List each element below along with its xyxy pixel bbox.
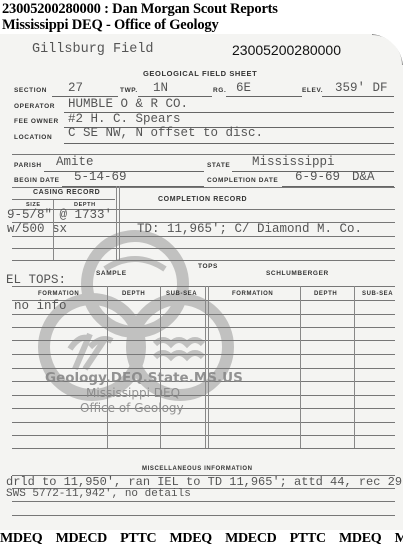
elev-label: ELEV. bbox=[302, 87, 323, 94]
el-tops-label: EL TOPS: bbox=[6, 273, 66, 287]
footer-item: MDEQ bbox=[170, 531, 212, 546]
footer-item: PTTC bbox=[290, 531, 326, 546]
footer-item: MDEQ bbox=[339, 531, 381, 546]
tops-col-depth-2: DEPTH bbox=[314, 291, 337, 297]
scout-card: Gillsburg Field 23005200280000 GEOLOGICA… bbox=[0, 34, 403, 530]
schlumberger-label: SCHLUMBERGER bbox=[266, 270, 329, 277]
parish-value: Amite bbox=[56, 155, 94, 169]
section-label: SECTION bbox=[14, 87, 47, 94]
casing-line-1: 9-5/8" @ 1733' bbox=[7, 208, 112, 222]
tops-col-depth-1: DEPTH bbox=[122, 291, 145, 297]
location-label: LOCATION bbox=[14, 134, 52, 141]
api-number: 23005200280000 bbox=[232, 42, 341, 58]
tops-col-formation-2: FORMATION bbox=[232, 291, 273, 297]
report-title: 23005200280000 : Dan Morgan Scout Report… bbox=[2, 1, 278, 18]
twp-label: TWP. bbox=[120, 87, 138, 94]
misc-line-2: SWS 5772-11,942', no details bbox=[6, 488, 191, 500]
watermark-url: Geology.DEQ.State.MS.US bbox=[45, 370, 243, 386]
twp-value: 1N bbox=[153, 81, 168, 95]
report-subtitle: Mississippi DEQ - Office of Geology bbox=[2, 17, 219, 34]
location-value: C SE NW, N offset to disc. bbox=[68, 126, 263, 140]
watermark-agency: Mississippi DEQ bbox=[86, 386, 180, 400]
begin-date-label: BEGIN DATE bbox=[14, 177, 60, 184]
completion-date-label: COMPLETION DATE bbox=[207, 177, 278, 184]
footer-item: MDEQ bbox=[0, 531, 42, 546]
misc-title: MISCELLANEOUS INFORMATION bbox=[142, 466, 253, 472]
casing-record-title: CASING RECORD bbox=[33, 189, 100, 196]
footer-item: PTTC bbox=[120, 531, 156, 546]
status-value: D&A bbox=[352, 170, 375, 184]
fee-owner-value: #2 H. C. Spears bbox=[68, 112, 181, 126]
footer-item: MDECD bbox=[395, 531, 403, 546]
begin-date-value: 5-14-69 bbox=[74, 170, 127, 184]
tops-col-subsea-2: SUB-SEA bbox=[362, 291, 393, 297]
rg-value: 6E bbox=[236, 81, 251, 95]
operator-value: HUMBLE O & R CO. bbox=[68, 97, 188, 111]
operator-label: OPERATOR bbox=[14, 103, 55, 110]
section-value: 27 bbox=[68, 81, 83, 95]
tops-col-subsea-1: SUB-SEA bbox=[166, 291, 197, 297]
completion-record-text: TD: 11,965'; C/ Diamond M. Co. bbox=[137, 222, 362, 236]
field-name: Gillsburg Field bbox=[32, 42, 154, 57]
parish-label: PARISH bbox=[14, 162, 42, 169]
state-value: Mississippi bbox=[252, 155, 335, 169]
completion-record-title: COMPLETION RECORD bbox=[158, 196, 247, 203]
footer-item: MDECD bbox=[56, 531, 107, 546]
footer-banner: MDEQ MDECD PTTC MDEQ MDECD PTTC MDEQ MDE… bbox=[0, 531, 403, 547]
state-label: STATE bbox=[207, 162, 230, 169]
sheet-title: GEOLOGICAL FIELD SHEET bbox=[143, 69, 257, 78]
watermark-office: Office of Geology bbox=[80, 401, 184, 415]
elev-value: 359' DF bbox=[335, 81, 388, 95]
tops-col-formation-1: FORMATION bbox=[38, 291, 79, 297]
footer-item: MDECD bbox=[225, 531, 276, 546]
completion-date-value: 6-9-69 bbox=[295, 170, 340, 184]
fee-owner-label: FEE OWNER bbox=[14, 118, 59, 125]
misc-line-1: drld to 11,950', ran IEL to TD 11,965'; … bbox=[6, 475, 402, 489]
sample-label: SAMPLE bbox=[96, 270, 127, 277]
tops-row-formation: no info bbox=[14, 299, 67, 313]
rg-label: RG. bbox=[213, 87, 226, 94]
casing-line-2: w/500 sx bbox=[7, 222, 67, 236]
tops-title: TOPS bbox=[198, 263, 218, 270]
